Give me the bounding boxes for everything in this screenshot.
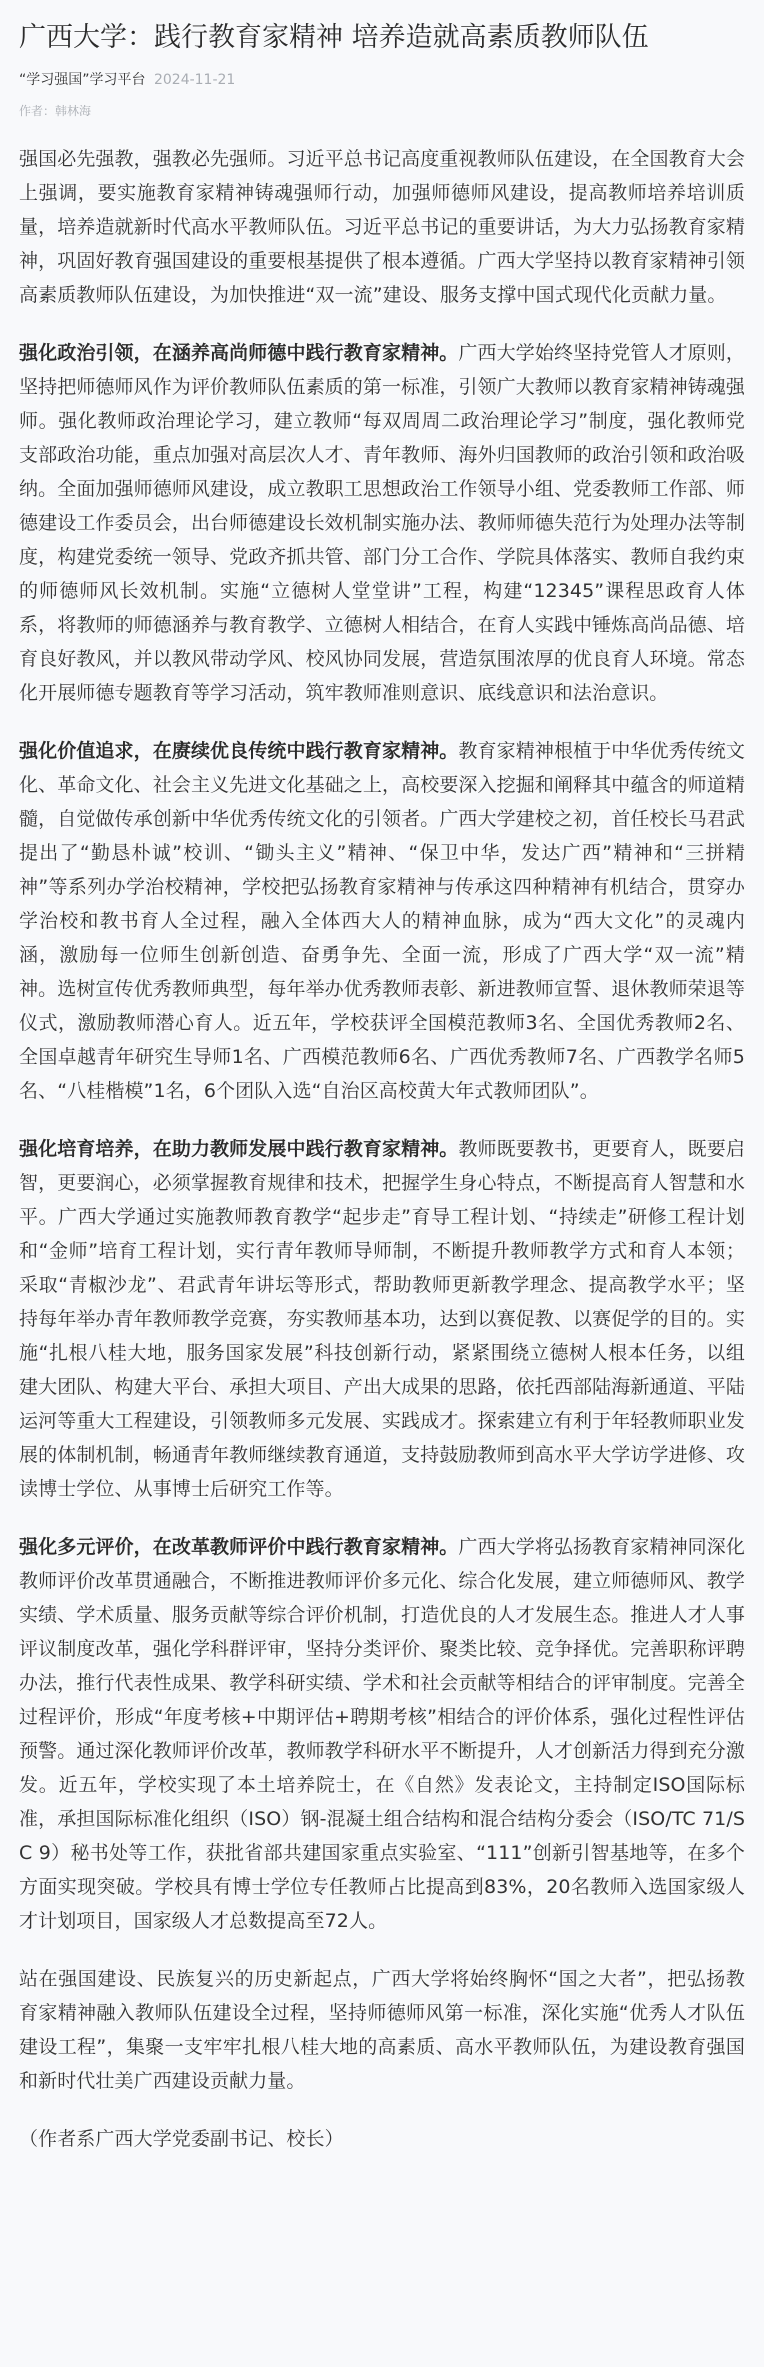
article-meta: “学习强国”学习平台 2024-11-21 [19, 70, 745, 90]
paragraph-text: 广西大学将弘扬教育家精神同深化教师评价改革贯通融合，不断推进教师评价多元化、综合… [19, 1536, 745, 1932]
paragraph-value-pursuit: 强化价值追求，在赓续优良传统中践行教育家精神。教育家精神根植于中华优秀传统文化、… [19, 734, 745, 1108]
paragraph-lead: 强化多元评价，在改革教师评价中践行教育家精神。 [19, 1536, 458, 1558]
paragraph-intro: 强国必先强教，强教必先强师。习近平总书记高度重视教师队伍建设，在全国教育大会上强… [19, 142, 745, 312]
author-name: 韩林海 [55, 104, 91, 118]
paragraph-lead: 强化价值追求，在赓续优良传统中践行教育家精神。 [19, 740, 458, 762]
paragraph-text: 站在强国建设、民族复兴的历史新起点，广西大学将始终胸怀“国之大者”，把弘扬教育家… [19, 1968, 745, 2092]
article-author: 作者：韩林海 [19, 102, 745, 120]
author-label: 作者： [19, 104, 55, 118]
paragraph-lead: 强化政治引领，在涵养高尚师德中践行教育家精神。 [19, 342, 458, 364]
paragraph-text: 强国必先强教，强教必先强师。习近平总书记高度重视教师队伍建设，在全国教育大会上强… [19, 148, 745, 306]
article: 广西大学：践行教育家精神 培养造就高素质教师队伍 “学习强国”学习平台 2024… [0, 0, 764, 2156]
paragraph-political-guidance: 强化政治引领，在涵养高尚师德中践行教育家精神。广西大学始终坚持党管人才原则，坚持… [19, 336, 745, 710]
article-title: 广西大学：践行教育家精神 培养造就高素质教师队伍 [19, 0, 745, 58]
paragraph-text: 教师既要教书，更要育人，既要启智，更要润心，必须掌握教育规律和技术，把握学生身心… [19, 1138, 745, 1500]
author-signature: （作者系广西大学党委副书记、校长） [19, 2122, 745, 2156]
paragraph-evaluation: 强化多元评价，在改革教师评价中践行教育家精神。广西大学将弘扬教育家精神同深化教师… [19, 1530, 745, 1938]
article-source[interactable]: “学习强国”学习平台 [19, 72, 146, 88]
paragraph-conclusion: 站在强国建设、民族复兴的历史新起点，广西大学将始终胸怀“国之大者”，把弘扬教育家… [19, 1962, 745, 2098]
publish-date: 2024-11-21 [154, 72, 235, 88]
article-body: 强国必先强教，强教必先强师。习近平总书记高度重视教师队伍建设，在全国教育大会上强… [19, 142, 745, 2156]
paragraph-lead: 强化培育培养，在助力教师发展中践行教育家精神。 [19, 1138, 458, 1160]
paragraph-text: 教育家精神根植于中华优秀传统文化、革命文化、社会主义先进文化基础之上，高校要深入… [19, 740, 745, 1102]
paragraph-text: 广西大学始终坚持党管人才原则，坚持把师德师风作为评价教师队伍素质的第一标准，引领… [19, 342, 745, 704]
paragraph-training: 强化培育培养，在助力教师发展中践行教育家精神。教师既要教书，更要育人，既要启智，… [19, 1132, 745, 1506]
